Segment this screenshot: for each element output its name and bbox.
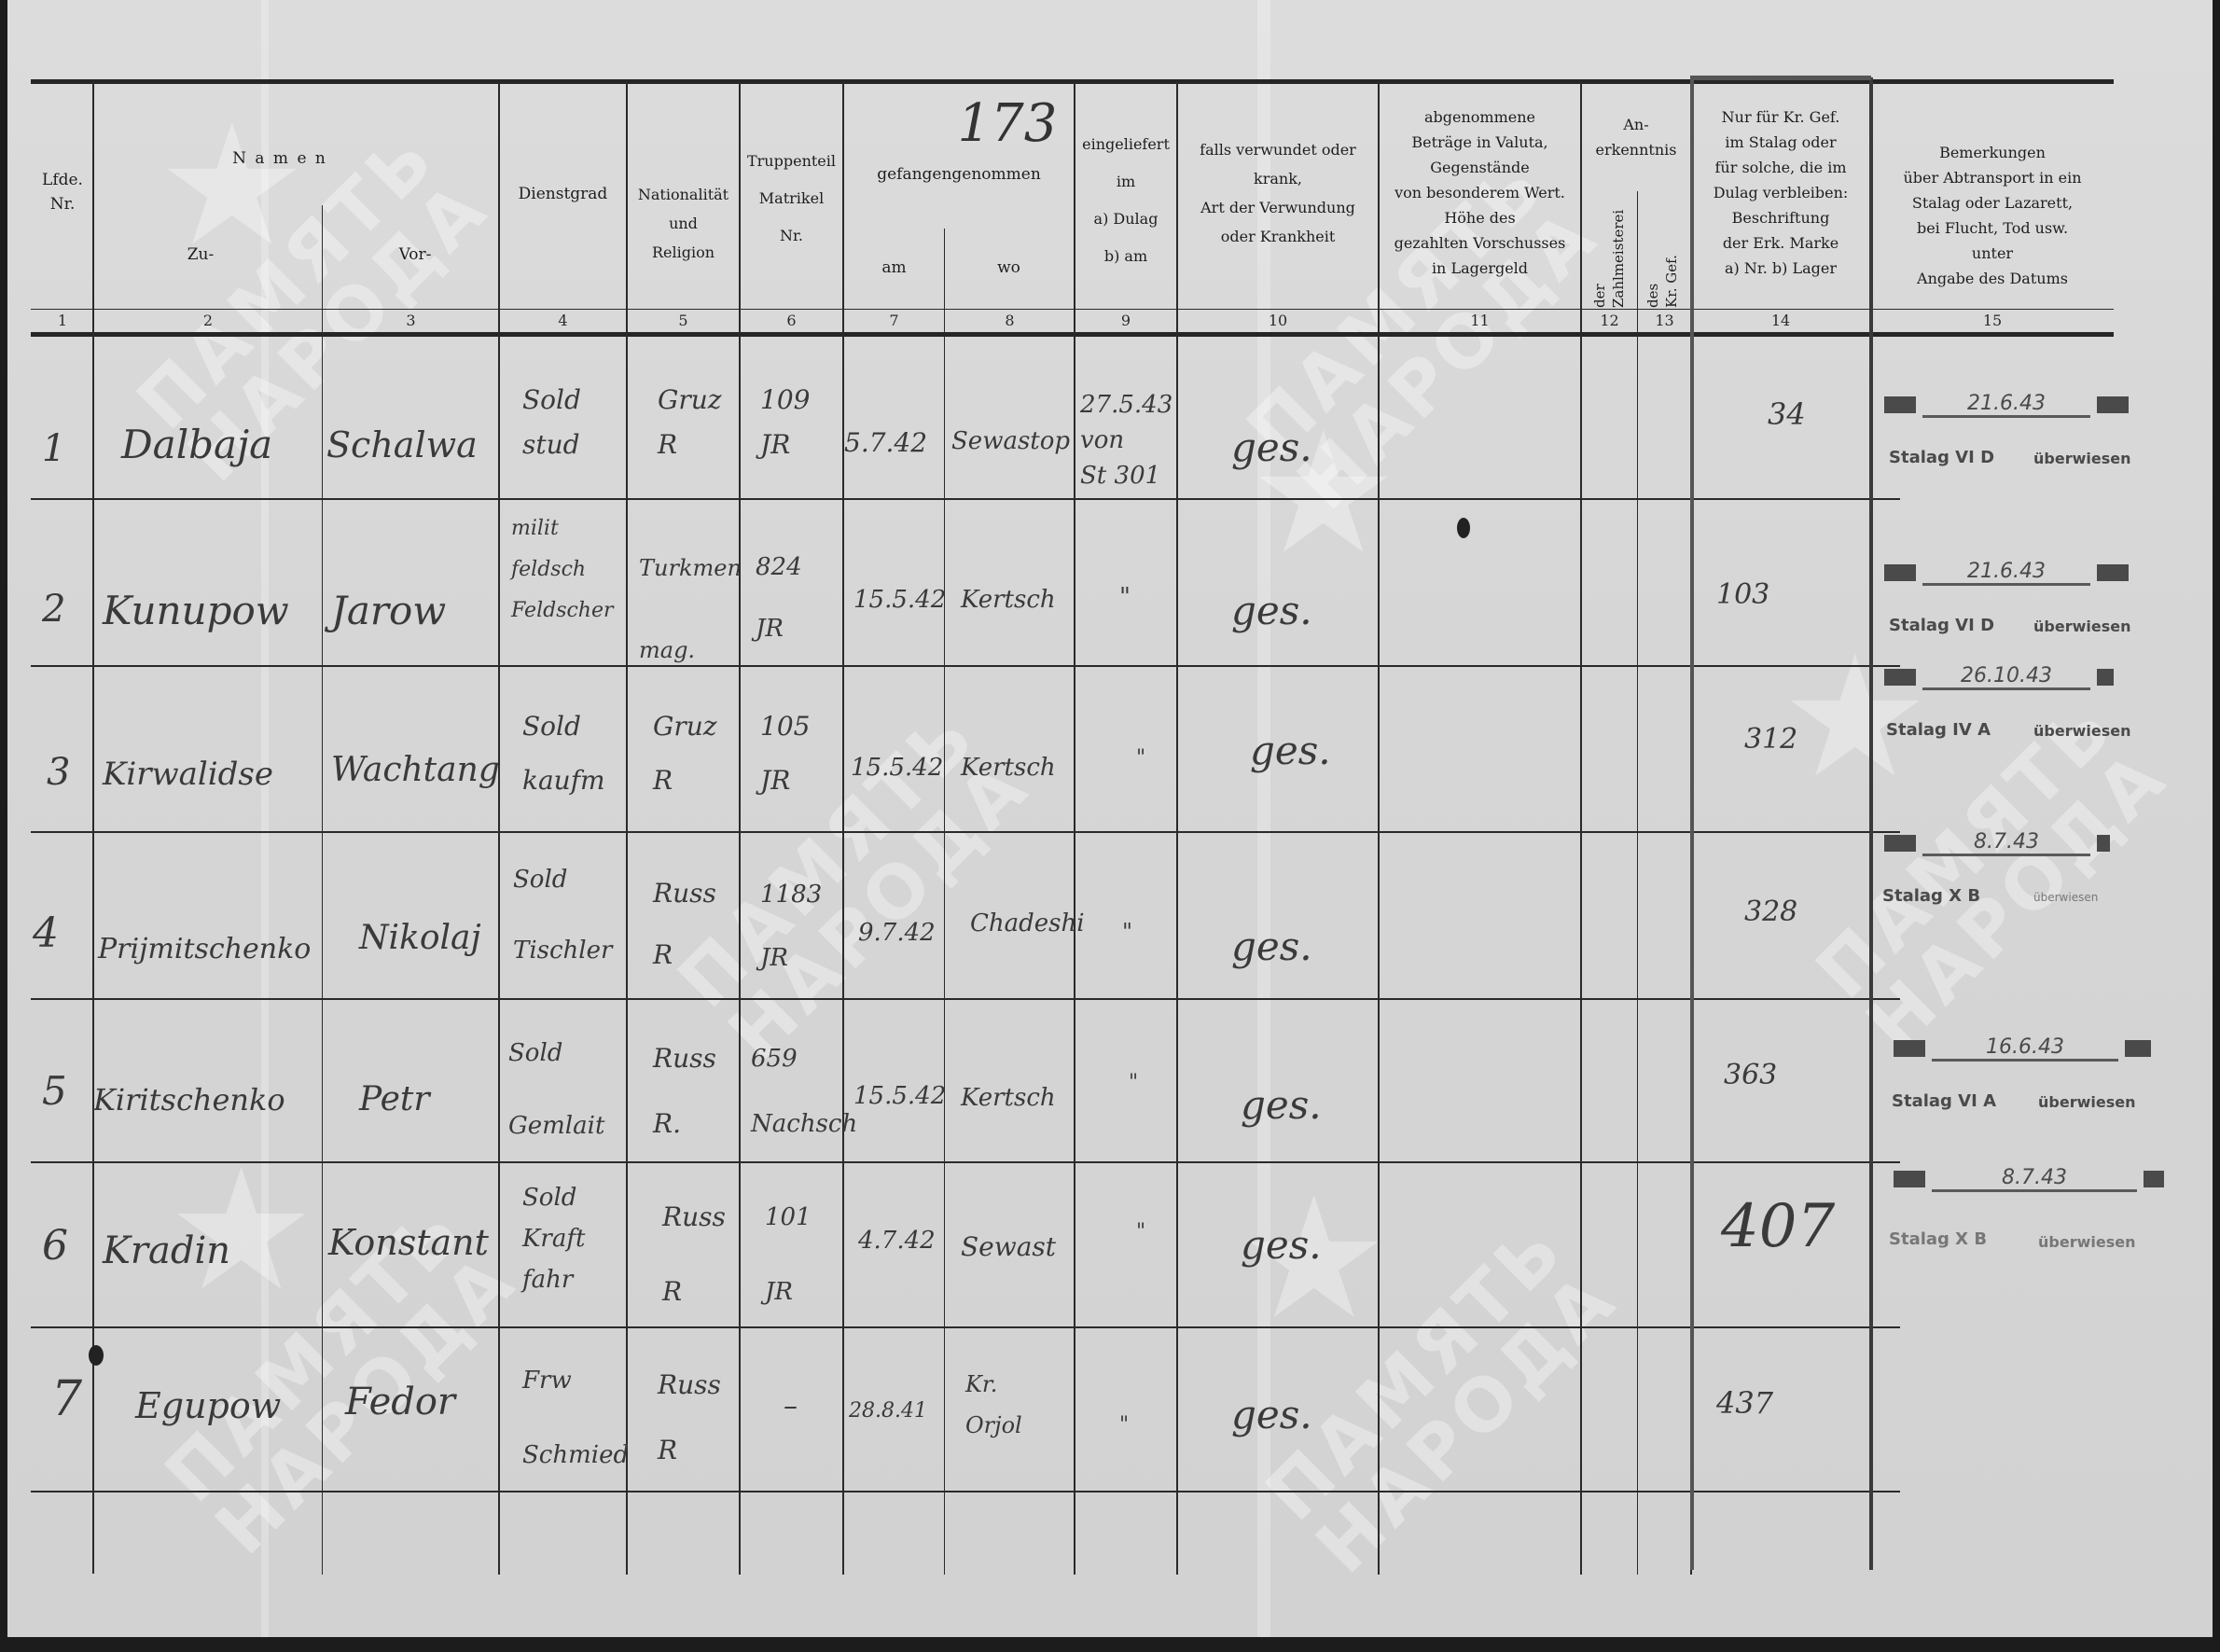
wound-status: ges.	[1231, 923, 1312, 969]
header-firstname: Vor-	[345, 241, 485, 270]
remark-stalag: Stalag X B	[1889, 1229, 1987, 1249]
unit: 659 Nachsch	[751, 1026, 857, 1157]
tag-number: 407	[1721, 1192, 1835, 1261]
delivered: "	[1119, 583, 1131, 611]
transfer-stamp: 21.6.43	[1884, 560, 2129, 586]
col14-highlight	[1690, 76, 1871, 80]
column-divider	[1378, 81, 1380, 1575]
surname: Kunupow	[103, 588, 289, 633]
column-divider	[1637, 191, 1638, 1575]
tag-number: 103	[1716, 578, 1769, 611]
header-valuables: abgenommene Beträge in Valuta, Gegenstän…	[1380, 104, 1580, 281]
column-number: 3	[324, 312, 498, 329]
unit: 101 JR	[765, 1180, 812, 1329]
column-number: 9	[1075, 312, 1176, 329]
column-number: 1	[33, 312, 92, 329]
stamp-mark-icon	[1884, 669, 1916, 686]
row-number: 6	[42, 1222, 68, 1270]
header-remarks: Bemerkungen über Abtransport in ein Stal…	[1871, 140, 2114, 291]
delivered: "	[1136, 746, 1145, 770]
firstname: Jarow	[331, 588, 446, 633]
header-pow-ack: des Kr. Gef.	[1644, 224, 1681, 308]
row-divider	[31, 665, 1900, 667]
remark-stalag: Stalag IV A	[1886, 720, 1991, 740]
unit: 824 JR	[756, 536, 802, 659]
column-divider	[322, 205, 323, 1575]
stamp-mark-icon	[1884, 396, 1916, 413]
remark-stalag: Stalag VI A	[1892, 1091, 1996, 1111]
remark-date: 21.6.43	[1922, 560, 2090, 586]
stamp-mark-icon	[1884, 564, 1916, 581]
stamp-mark-icon	[2125, 1040, 2151, 1057]
stamp-mark-icon	[1884, 835, 1916, 852]
nationality: Russ R	[653, 863, 716, 986]
surname: Kiritschenko	[93, 1082, 285, 1118]
column-divider	[1690, 77, 1694, 1570]
row-number: 5	[42, 1068, 67, 1114]
column-number: 7	[844, 312, 944, 329]
column-divider	[944, 229, 945, 1575]
row-divider	[31, 831, 1900, 833]
column-number: 6	[741, 312, 842, 329]
column-divider	[1176, 81, 1178, 1575]
captured-place: Kertsch	[961, 754, 1056, 782]
stamp-mark-icon	[2144, 1171, 2164, 1187]
nationality: Gruz R	[658, 378, 722, 467]
captured-date: 15.5.42	[853, 1082, 946, 1110]
stamp-mark-icon	[1894, 1040, 1925, 1057]
nationality: Russ R.	[653, 1026, 716, 1157]
nationality: Russ R	[662, 1180, 726, 1329]
tag-number: 363	[1724, 1059, 1777, 1091]
header-captured: gefangengenommen	[844, 160, 1074, 189]
remark-date: 21.6.43	[1922, 392, 2090, 418]
row-divider	[31, 498, 1900, 500]
rank: Sold Gemlait	[508, 1017, 604, 1162]
remark-action: überwiesen	[2033, 722, 2130, 740]
row-number: 3	[47, 751, 70, 794]
captured-place: Sewastop	[951, 427, 1070, 455]
column-number: 10	[1178, 312, 1378, 329]
header-bottom-border	[31, 332, 2114, 337]
page-mark: 173	[951, 98, 1063, 150]
stamp-mark-icon	[2097, 669, 2114, 686]
punch-hole	[89, 1345, 104, 1366]
wound-status: ges.	[1250, 728, 1331, 773]
ink-blot	[1457, 518, 1470, 538]
surname: Prijmitschenko	[98, 933, 311, 965]
header-unit: Truppenteil Matrikel Nr.	[741, 143, 842, 255]
row-divider	[31, 998, 1900, 1000]
column-number: 14	[1692, 312, 1869, 329]
stamp-mark-icon	[2097, 835, 2110, 852]
remark-date: 16.6.43	[1932, 1035, 2118, 1062]
unit: 1183 JR	[760, 863, 822, 990]
transfer-stamp: 16.6.43	[1894, 1035, 2151, 1062]
unit: 105 JR	[760, 700, 810, 808]
column-divider	[1869, 77, 1873, 1570]
header-wound: falls verwundet oder krank, Art der Verw…	[1178, 135, 1378, 251]
row-divider	[31, 1326, 1900, 1328]
header-tag: Nur für Kr. Gef. im Stalag oder für solc…	[1692, 104, 1869, 281]
wound-status: ges.	[1231, 1392, 1312, 1437]
wound-status: ges.	[1241, 1222, 1322, 1268]
header-rank: Dienstgrad	[500, 180, 626, 209]
transfer-stamp: 21.6.43	[1884, 392, 2129, 418]
captured-date: 15.5.42	[853, 586, 946, 614]
captured-place: Kr. Orjol	[965, 1364, 1022, 1446]
column-number: 5	[628, 312, 739, 329]
header-names: N a m e n	[187, 145, 373, 174]
wound-status: ges.	[1241, 1082, 1322, 1128]
row-number: 2	[42, 588, 65, 631]
remark-date: 26.10.43	[1922, 664, 2090, 690]
header-paymaster: der Zahlmeisterei	[1590, 219, 1628, 308]
watermark-text: ПАМЯТЬ НАРОДА	[1804, 687, 2181, 1063]
header-nationality: Nationalität und Religion	[628, 180, 739, 267]
rank: Sold Tischler	[513, 844, 612, 986]
delivered: 27.5.43 von St 301	[1080, 387, 1172, 493]
captured-place: Kertsch	[961, 1084, 1056, 1112]
column-number: 11	[1380, 312, 1580, 329]
remark-action: überwiesen	[2038, 1233, 2135, 1251]
rank: Sold stud	[522, 378, 581, 467]
stamp-mark-icon	[1894, 1171, 1925, 1187]
remark-stalag: Stalag X B	[1882, 886, 1980, 906]
rank: Sold Kraft fahr	[522, 1177, 585, 1300]
captured-place: Sewast	[961, 1231, 1056, 1262]
captured-place: Chadeshi	[970, 909, 1085, 937]
firstname: Konstant	[328, 1222, 489, 1263]
firstname: Schalwa	[326, 424, 478, 465]
header-delivered: eingeliefert im a) Dulag b) am	[1075, 126, 1176, 275]
stamp-mark-icon	[2097, 396, 2129, 413]
remark-stalag: Stalag VI D	[1889, 616, 1994, 635]
remark-date: 8.7.43	[1932, 1166, 2137, 1192]
surname: Dalbaja	[121, 422, 272, 467]
remark-action: überwiesen	[2033, 618, 2130, 635]
header-recognition: An- erkenntnis	[1582, 112, 1690, 162]
remark-date: 8.7.43	[1922, 830, 2090, 856]
header-surname: Zu-	[131, 241, 271, 270]
tag-number: 312	[1744, 723, 1797, 756]
tag-number: 328	[1744, 895, 1797, 928]
column-number: 13	[1639, 312, 1690, 329]
column-divider	[842, 81, 844, 1575]
surname: Egupow	[135, 1385, 281, 1426]
firstname: Nikolaj	[359, 919, 481, 957]
row-number: 4	[33, 909, 59, 957]
column-divider	[1580, 81, 1582, 1575]
row-divider	[31, 1161, 1900, 1163]
remark-action: überwiesen	[2038, 1093, 2135, 1111]
column-divider	[739, 81, 741, 1575]
captured-date: 4.7.42	[858, 1227, 936, 1255]
stamp-mark-icon	[2097, 564, 2129, 581]
remark-action: überwiesen	[2033, 450, 2130, 467]
captured-place: Kertsch	[961, 586, 1056, 614]
firstname: Fedor	[345, 1381, 455, 1423]
captured-date: 9.7.42	[858, 919, 936, 947]
firstname: Wachtang	[331, 751, 500, 789]
captured-date: 28.8.41	[849, 1399, 927, 1423]
nationality: Russ R	[658, 1353, 721, 1483]
column-number: 4	[500, 312, 626, 329]
tag-number: 34	[1768, 396, 1806, 432]
nationality: Gruz R	[653, 700, 717, 808]
row-number: 1	[42, 427, 65, 470]
unit: –	[784, 1390, 798, 1423]
column-number: 15	[1871, 312, 2114, 329]
rank: milit feldsch Feldscher	[511, 508, 614, 632]
delivered: "	[1119, 1413, 1129, 1437]
firstname: Petr	[359, 1080, 430, 1118]
column-number: 2	[94, 312, 322, 329]
nationality: Turkmen mag.	[639, 527, 742, 691]
header-captured-date: am	[844, 254, 944, 283]
column-number: 12	[1582, 312, 1637, 329]
transfer-stamp: 26.10.43	[1884, 664, 2114, 690]
rank: Frw Schmied	[522, 1343, 629, 1492]
row-number: 7	[51, 1371, 82, 1427]
delivered: "	[1129, 1071, 1138, 1094]
remark-stalag: Stalag VI D	[1889, 448, 1994, 467]
transfer-stamp: 8.7.43	[1884, 830, 2110, 856]
column-divider	[498, 81, 500, 1575]
watermark-text: ПАМЯТЬ НАРОДА	[666, 696, 1043, 1073]
header-captured-place: wo	[944, 254, 1074, 283]
row-divider	[31, 1491, 1900, 1492]
rank: Sold kaufm	[522, 700, 605, 808]
wound-status: ges.	[1231, 424, 1312, 470]
delivered: "	[1122, 919, 1132, 945]
header-lfde-nr: Lfde. Nr.	[33, 168, 92, 216]
tag-number: 437	[1716, 1385, 1773, 1421]
column-number: 8	[946, 312, 1074, 329]
transfer-stamp: 8.7.43	[1894, 1166, 2164, 1192]
header-divider	[31, 309, 2114, 310]
surname: Kradin	[103, 1229, 230, 1272]
column-divider	[1074, 81, 1075, 1575]
captured-date: 5.7.42	[844, 427, 927, 458]
watermark-star-icon: ★	[1780, 634, 1930, 802]
captured-date: 15.5.42	[851, 754, 943, 782]
wound-status: ges.	[1231, 588, 1312, 633]
unit: 109 JR	[760, 378, 810, 467]
surname: Kirwalidse	[103, 756, 273, 793]
remark-action: überwiesen	[2033, 891, 2098, 904]
delivered: "	[1136, 1220, 1145, 1243]
